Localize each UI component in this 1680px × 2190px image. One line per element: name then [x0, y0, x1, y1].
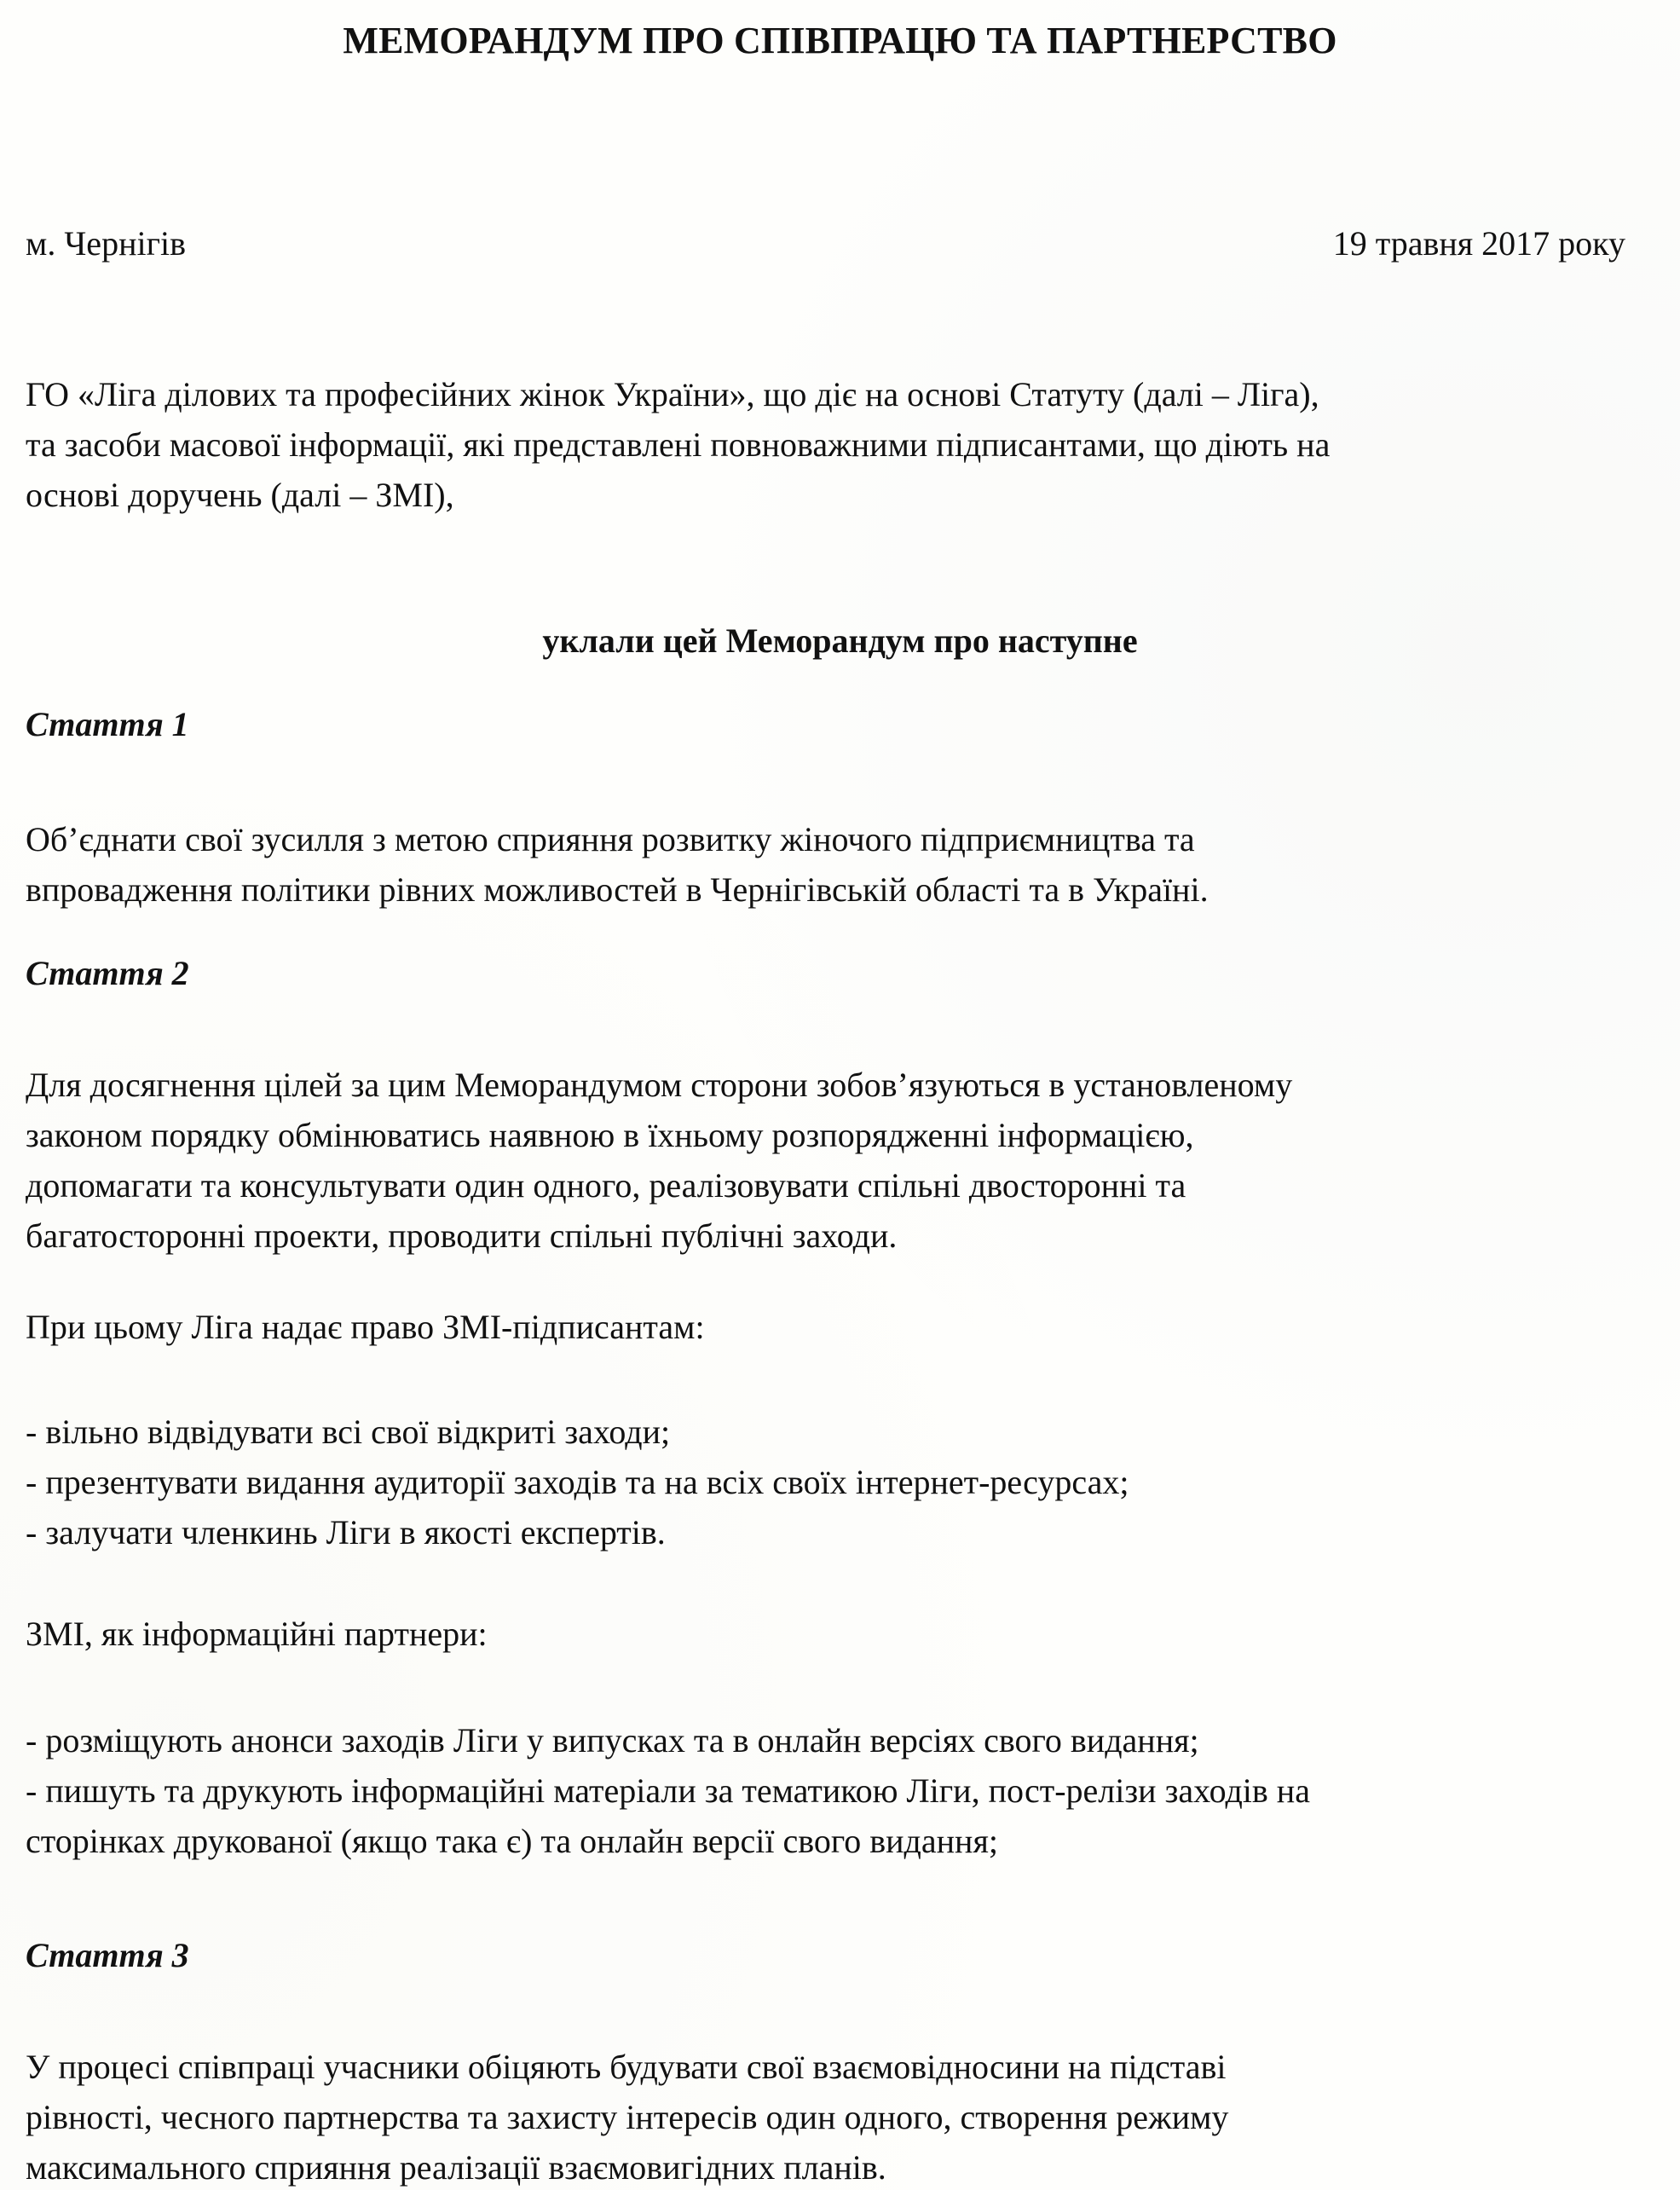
subheading: уклали цей Меморандум про наступне	[0, 621, 1680, 661]
paragraph-line: Для досягнення цілей за цим Меморандумом…	[26, 1060, 1292, 1110]
list-item: - пишуть та друкують інформаційні матері…	[26, 1765, 1310, 1816]
article-3-heading: Стаття 3	[26, 1935, 189, 1975]
article-1-heading: Стаття 1	[26, 704, 189, 744]
list-item: - залучати членкинь Ліги в якості експер…	[26, 1507, 1129, 1557]
document-title: МЕМОРАНДУМ ПРО СПІВПРАЦЮ ТА ПАРТНЕРСТВО	[0, 19, 1680, 62]
list-item: - вільно відвідувати всі свої відкриті з…	[26, 1407, 1129, 1457]
article-1-paragraph: Об’єднати свої зусилля з метою сприяння …	[26, 814, 1209, 915]
preamble-line: ГО «Ліга ділових та професійних жінок Ук…	[26, 369, 1330, 419]
league-grants-intro: При цьому Ліга надає право ЗМІ-підписант…	[26, 1302, 705, 1352]
paragraph-line: впровадження політики рівних можливостей…	[26, 864, 1209, 915]
league-grants-list: - вільно відвідувати всі свої відкриті з…	[26, 1407, 1129, 1557]
document-place: м. Чернігів	[26, 223, 186, 263]
media-obligations-list: - розміщують анонси заходів Ліги у випус…	[26, 1715, 1310, 1866]
document-page: МЕМОРАНДУМ ПРО СПІВПРАЦЮ ТА ПАРТНЕРСТВО …	[0, 0, 1680, 2190]
paragraph-line: У процесі співпраці учасники обіцяють бу…	[26, 2042, 1228, 2092]
paragraph-line: Об’єднати свої зусилля з метою сприяння …	[26, 814, 1209, 864]
paragraph-line: допомагати та консультувати один одного,…	[26, 1160, 1292, 1211]
paragraph-line: максимального сприяння реалізації взаємо…	[26, 2142, 1228, 2190]
list-item: сторінках друкованої (якщо така є) та он…	[26, 1816, 1310, 1866]
paragraph-line: багатосторонні проекти, проводити спільн…	[26, 1211, 1292, 1261]
article-2-paragraph: Для досягнення цілей за цим Меморандумом…	[26, 1060, 1292, 1261]
preamble-line: основі доручень (далі – ЗМІ),	[26, 470, 1330, 520]
list-item: - презентувати видання аудиторії заходів…	[26, 1457, 1129, 1507]
article-2-heading: Стаття 2	[26, 953, 189, 993]
paragraph-line: законом порядку обмінюватись наявною в ї…	[26, 1110, 1292, 1160]
preamble: ГО «Ліга ділових та професійних жінок Ук…	[26, 369, 1330, 520]
media-intro: ЗМІ, як інформаційні партнери:	[26, 1609, 488, 1659]
article-3-paragraph: У процесі співпраці учасники обіцяють бу…	[26, 2042, 1228, 2190]
document-date: 19 травня 2017 року	[1333, 223, 1625, 263]
preamble-line: та засоби масової інформації, які предст…	[26, 419, 1330, 470]
list-item: - розміщують анонси заходів Ліги у випус…	[26, 1715, 1310, 1765]
paragraph-line: рівності, чесного партнерства та захисту…	[26, 2092, 1228, 2142]
